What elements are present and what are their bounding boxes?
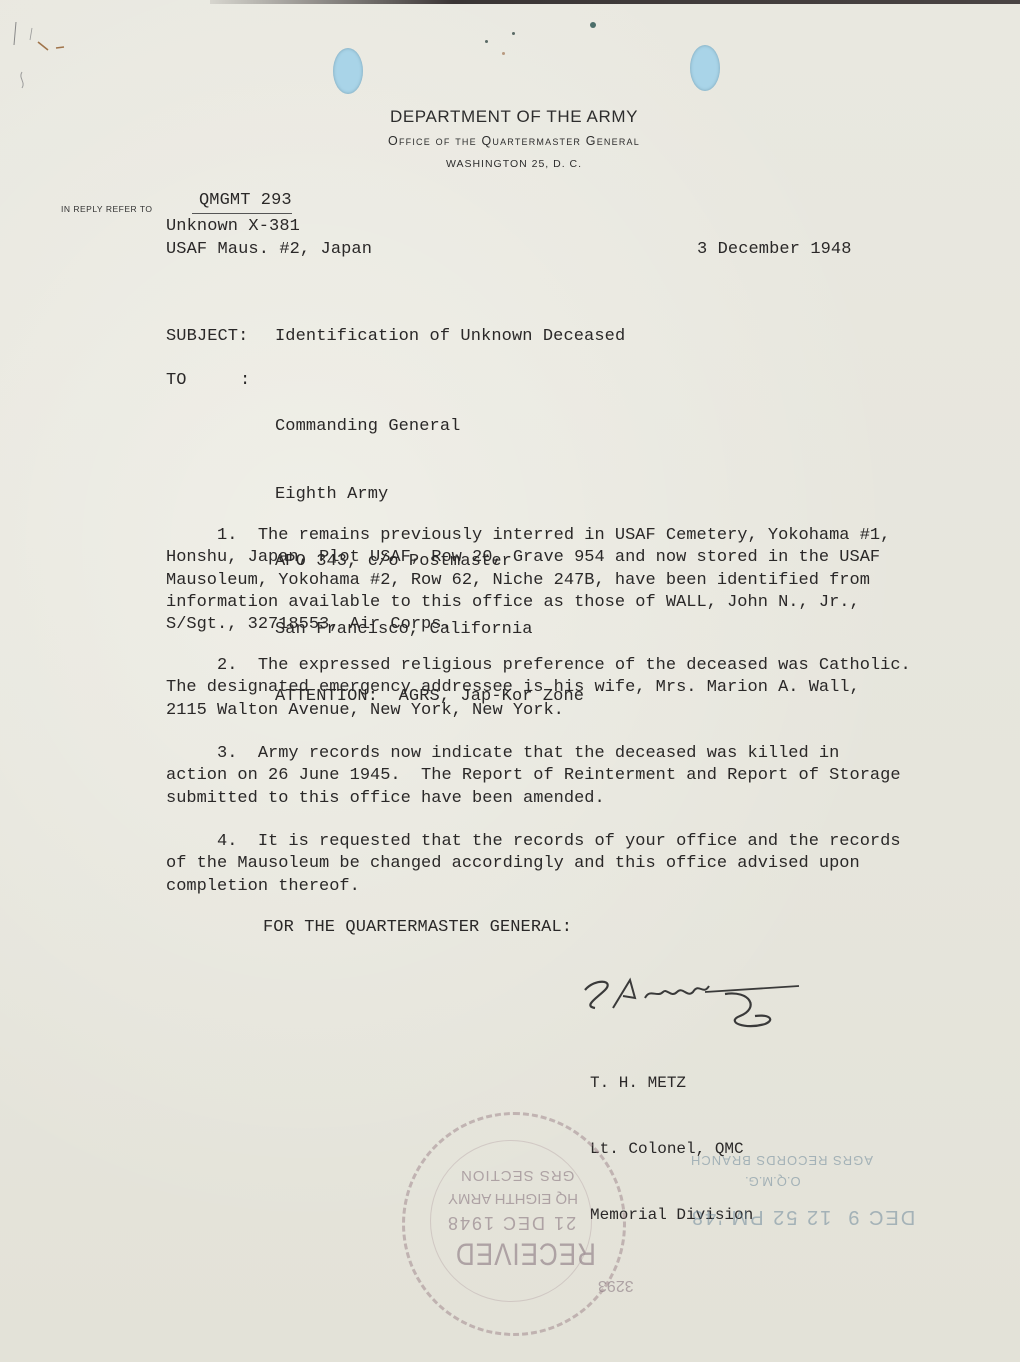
punch-hole-right [690,45,720,91]
received-stamp-label: RECEIVED [455,1235,596,1272]
reference-file-code: QMGMT 293 [199,191,292,210]
to-colon: : [240,371,250,390]
reference-location: USAF Maus. #2, Japan [166,240,372,259]
document-page: DEPARTMENT OF THE ARMY Office of the Qua… [0,0,1020,1362]
received-stamp-date: 21 DEC 1948 [446,1212,576,1233]
reference-underline [192,213,292,214]
paper-speck [512,32,515,35]
punch-hole-left [333,48,363,94]
paragraph-1: 1. The remains previously interred in US… [166,525,966,636]
reply-refer-label: IN REPLY REFER TO [61,204,152,214]
records-stamp-office: O.Q.M.G. [745,1174,801,1189]
received-stamp-section: GRS SECTION [460,1167,574,1184]
paper-speck [590,22,596,28]
letterhead-address: WASHINGTON 25, D. C. [4,158,1020,170]
letterhead-office: Office of the Quartermaster General [4,134,1020,148]
closing-line: FOR THE QUARTERMASTER GENERAL: [263,918,572,937]
received-stamp-unit: HQ EIGHTH ARMY [448,1190,578,1207]
reference-unknown-id: Unknown X-381 [166,217,300,236]
records-stamp-datetime: DEC 9 12 52 PM '48 [690,1205,915,1228]
paragraph-2: 2. The expressed religious preference of… [166,655,966,722]
paragraph-4: 4. It is requested that the records of y… [166,831,966,898]
signatory-name: T. H. METZ [590,1072,753,1094]
to-label: TO [166,371,187,390]
recipient-line: Commanding General [275,416,584,439]
subject-label: SUBJECT: [166,327,248,346]
letterhead-department: DEPARTMENT OF THE ARMY [4,107,1020,127]
paper-speck [502,52,505,55]
scan-edge-shadow [210,0,1020,4]
received-stamp-number: 3293 [598,1276,634,1294]
letter-date: 3 December 1948 [697,240,852,259]
paper-speck [485,40,488,43]
margin-pencil-marks [8,20,78,100]
paragraph-3: 3. Army records now indicate that the de… [166,743,966,810]
recipient-line: Eighth Army [275,484,584,507]
records-stamp-branch: AGRS RECORDS BRANCH [690,1153,873,1168]
subject-value: Identification of Unknown Deceased [275,327,625,346]
